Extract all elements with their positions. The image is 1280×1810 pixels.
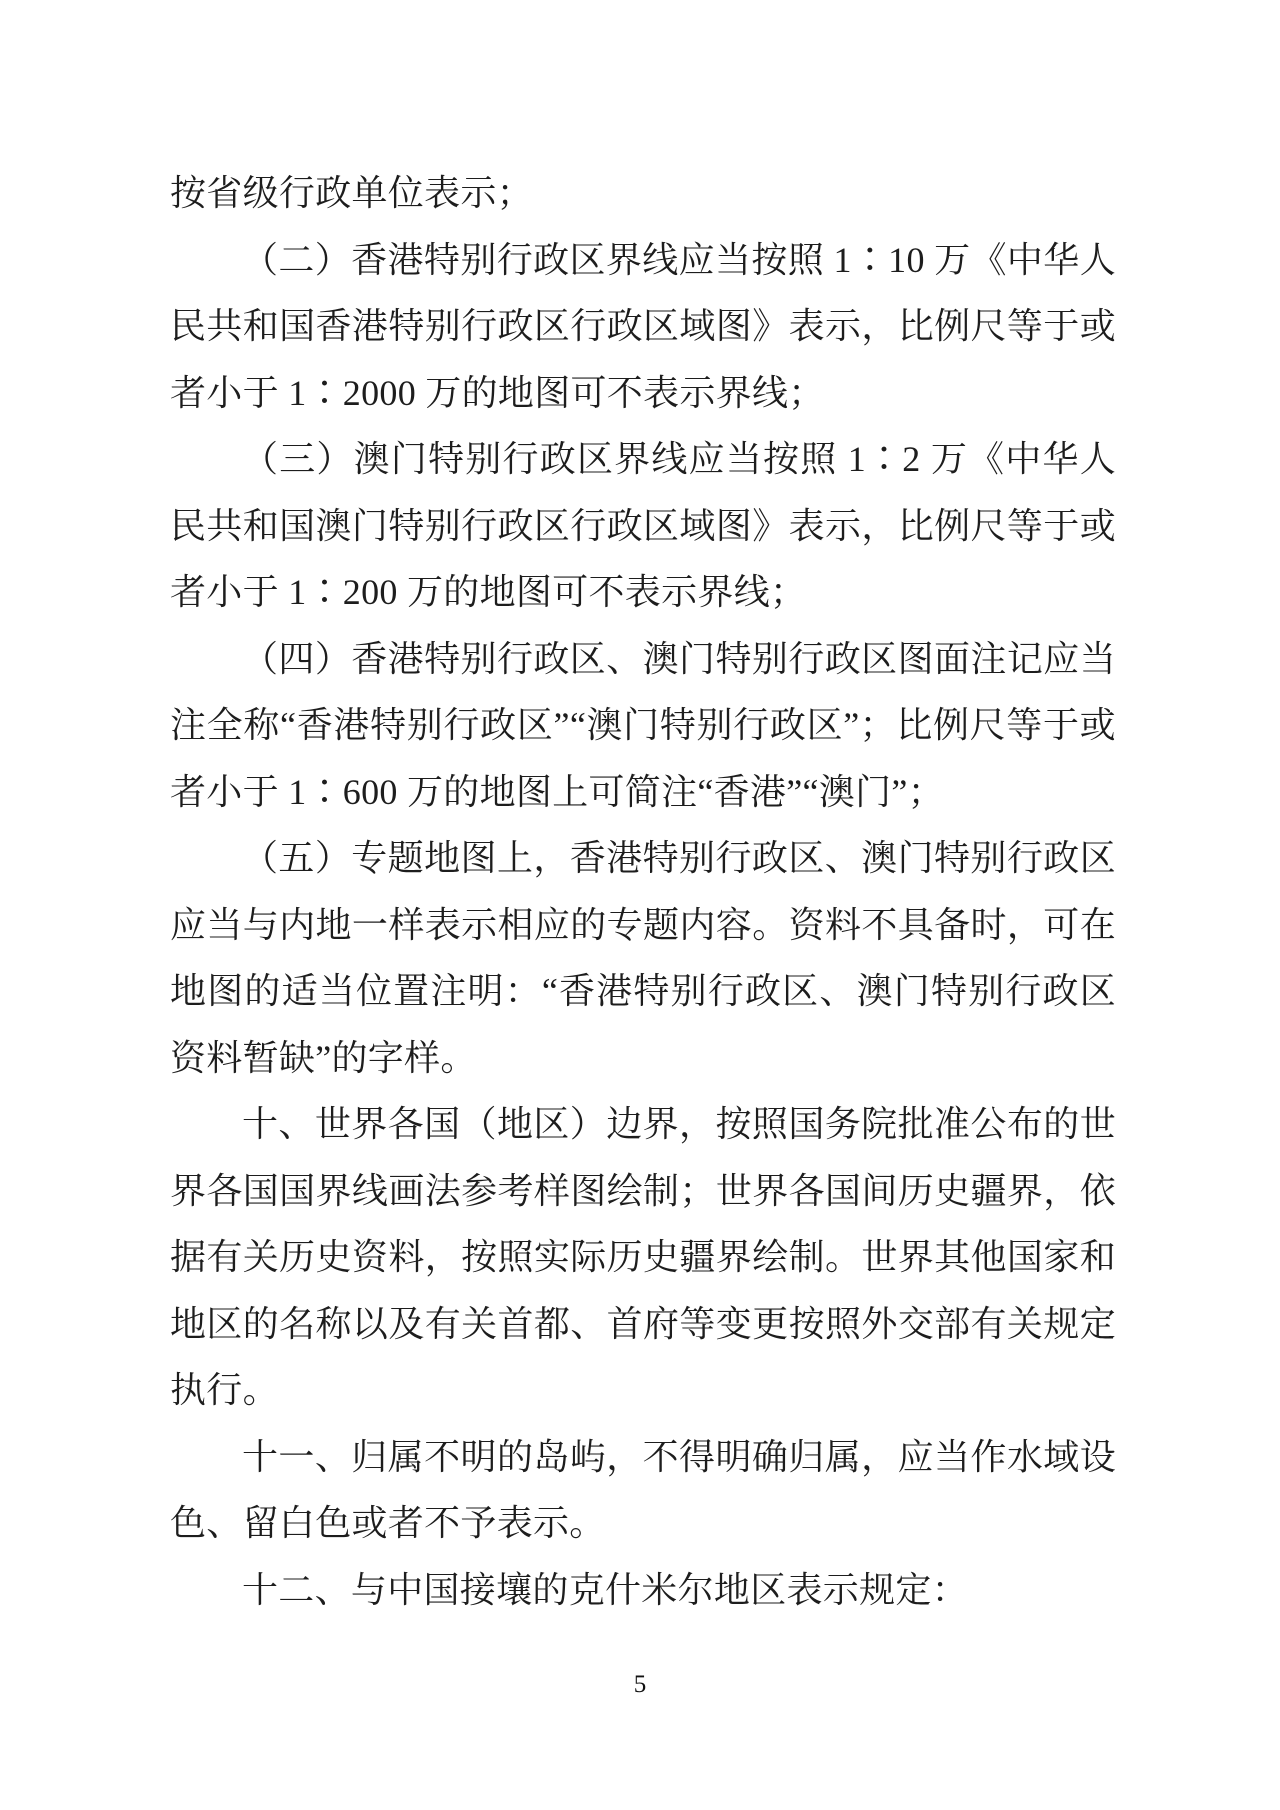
- page-number: 5: [634, 1671, 647, 1698]
- document-body: 按省级行政单位表示； （二）香港特别行政区界线应当按照 1∶10 万《中华人民共…: [170, 160, 1116, 1623]
- para-article12-kashmir-region: 十二、与中国接壤的克什米尔地区表示规定：: [170, 1557, 1116, 1624]
- para-item3-macau-boundary: （三）澳门特别行政区界线应当按照 1∶2 万《中华人民共和国澳门特别行政区行政区…: [170, 426, 1116, 626]
- document-page: 按省级行政单位表示； （二）香港特别行政区界线应当按照 1∶10 万《中华人民共…: [0, 0, 1280, 1810]
- para-province-units-continuation: 按省级行政单位表示；: [170, 160, 1116, 227]
- para-item4-map-annotation: （四）香港特别行政区、澳门特别行政区图面注记应当注全称“香港特别行政区”“澳门特…: [170, 626, 1116, 826]
- para-article11-unclaimed-islands: 十一、归属不明的岛屿，不得明确归属，应当作水域设色、留白色或者不予表示。: [170, 1424, 1116, 1557]
- para-article10-world-boundaries: 十、世界各国（地区）边界，按照国务院批准公布的世界各国国界线画法参考样图绘制；世…: [170, 1091, 1116, 1424]
- page-footer: 5: [0, 1668, 1280, 1702]
- para-item2-hk-boundary: （二）香港特别行政区界线应当按照 1∶10 万《中华人民共和国香港特别行政区行政…: [170, 227, 1116, 427]
- para-item5-thematic-maps: （五）专题地图上，香港特别行政区、澳门特别行政区应当与内地一样表示相应的专题内容…: [170, 825, 1116, 1091]
